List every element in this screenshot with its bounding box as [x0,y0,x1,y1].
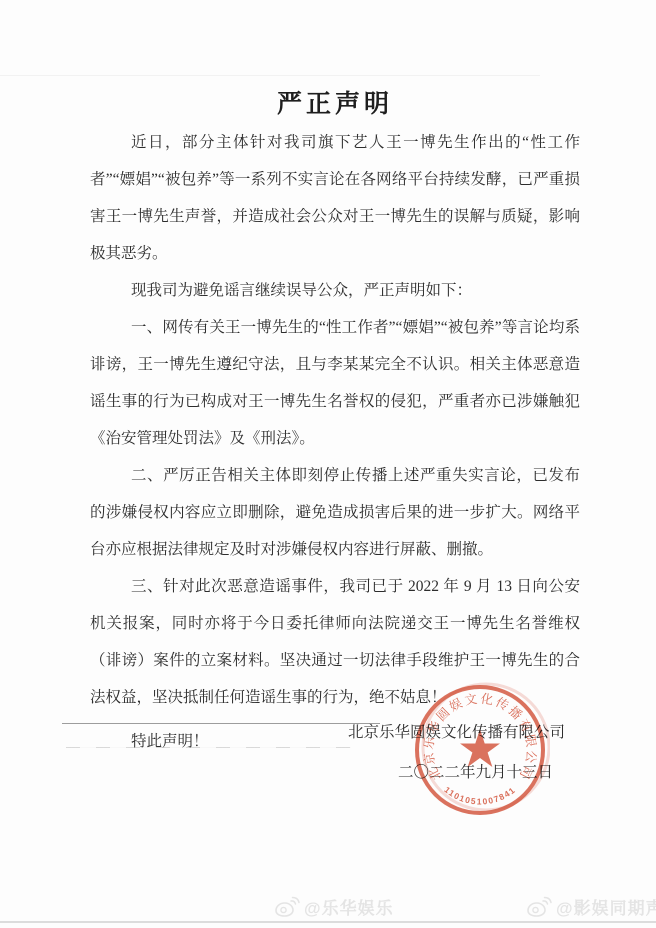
watermark-handle: @影娱同期声 [556,894,656,919]
scan-artifact-line [0,75,540,76]
paragraph-intro: 近日，部分主体针对我司旗下艺人王一博先生作出的“性工作者”“嫖娼”“被包养”等一… [90,124,580,272]
statement-page: 严正声明 近日，部分主体针对我司旗下艺人王一博先生作出的“性工作者”“嫖娼”“被… [0,0,656,928]
watermark-yuehua: @乐华娱乐 [274,893,394,920]
weibo-icon [526,896,552,918]
page-title: 严正声明 [90,84,580,120]
watermark-yingyu: @影娱同期声 [526,893,656,920]
statement-body: 近日，部分主体针对我司旗下艺人王一博先生作出的“性工作者”“嫖娼”“被包养”等一… [90,124,580,760]
photo-bottom-edge [0,921,656,923]
scan-artifact-line [66,747,351,748]
seal-number-text: 1101051007841 [442,784,517,806]
seal-star-icon [460,729,500,767]
paragraph-point-2: 二、严厉正告相关主体即刻停止传播上述严重失实言论，已发布的涉嫌侵权内容应立即删除… [90,457,580,568]
weibo-icon [274,896,300,918]
paragraph-point-1: 一、网传有关王一博先生的“性工作者”“嫖娼”“被包养”等言论均系诽谤，王一博先生… [90,309,580,457]
watermark-handle: @乐华娱乐 [304,894,394,919]
paragraph-declare: 现我司为避免谣言继续误导公众，严正声明如下： [90,272,580,309]
company-seal: 北京乐华圆娱文化传播有限公司 1101051007841 [410,680,550,820]
